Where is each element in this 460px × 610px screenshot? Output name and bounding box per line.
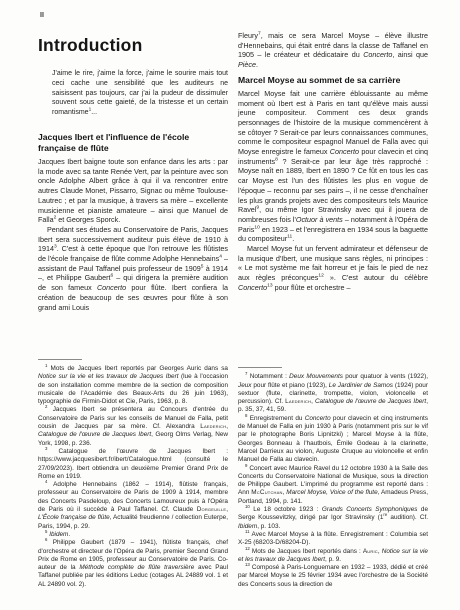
paragraph: Jacques Ibert baigne toute son enfance d… [38, 157, 228, 225]
footnote-number: 6 [45, 537, 47, 542]
footnote: 1 Mots de Jacques Ibert reportés par Geo… [38, 365, 228, 406]
footnote-number: 13 [245, 562, 250, 567]
footnote: 13 Composé à Paris-Longuemare en 1932 – … [238, 564, 428, 589]
lead-paragraph: Fleury7, mais ce sera Marcel Moyse – élè… [238, 31, 428, 70]
footnote: 6 Philippe Gaubert (1879 – 1941), flûtis… [38, 539, 228, 589]
left-footnote-list: 1 Mots de Jacques Ibert reportés par Geo… [38, 365, 228, 589]
epigraph-quote: J'aime le rire, j'aime la force, j'aime … [52, 69, 228, 118]
footnote-number: 1 [45, 363, 47, 368]
footnote: 12 Mots de Jacques Ibert reportés dans :… [238, 548, 428, 565]
paragraph: Marcel Moyse fut un fervent admirateur e… [238, 244, 428, 293]
footnote-number: 3 [45, 446, 47, 451]
footnote-number: 12 [245, 545, 250, 550]
two-column-layout: Introduction J'aime le rire, j'aime la f… [38, 31, 428, 589]
paragraph: Pendant ses études au Conservatoire de P… [38, 225, 228, 312]
footnote-number: 8 [245, 413, 247, 418]
page-title: Introduction [38, 35, 228, 56]
section-heading-ibert: Jacques Ibert et l'influence de l'école … [38, 132, 228, 154]
left-column: Introduction J'aime le rire, j'aime la f… [38, 31, 228, 589]
right-footnotes: 7 Notamment : Deux Mouvements pour quatu… [238, 367, 428, 589]
footnote: 3 Catalogue de l'œuvre de Jacques Ibert … [38, 448, 228, 481]
footnote: 10 Le 18 octobre 1923 : Grands Concerts … [238, 506, 428, 531]
left-body: Jacques Ibert baigne toute son enfance d… [38, 157, 228, 312]
footnote-number: 11 [245, 529, 250, 534]
footnote: 4 Adolphe Hennebains (1862 – 1914), flût… [38, 481, 228, 531]
footnote: 9 Concert avec Maurice Ravel du 12 octob… [238, 465, 428, 506]
footnote-number: 10 [245, 504, 250, 509]
footnote-rule [38, 359, 82, 360]
right-body: Marcel Moyse fait une carrière éblouissa… [238, 89, 428, 293]
footnote: 2 Jacques Ibert se présentera au Concour… [38, 406, 228, 447]
footnote-rule [238, 367, 282, 368]
document-page: II Introduction J'aime le rire, j'aime l… [0, 0, 460, 610]
paragraph: Marcel Moyse fait une carrière éblouissa… [238, 89, 428, 244]
section-heading-moyse: Marcel Moyse au sommet de sa carrière [238, 75, 428, 86]
footnote-number: 7 [245, 371, 247, 376]
footnote: 5 Ibidem. [38, 531, 228, 539]
footnote: 8 Enregistrement du Concerto pour clavec… [238, 415, 428, 465]
page-number: II [40, 12, 428, 19]
footnote: 11 Avec Marcel Moyse à la flûte. Enregis… [238, 531, 428, 548]
footnote-number: 5 [45, 529, 47, 534]
footnote-number: 2 [45, 404, 47, 409]
left-footnotes: 1 Mots de Jacques Ibert reportés par Geo… [38, 359, 228, 589]
footnote-number: 4 [45, 479, 47, 484]
right-footnote-list: 7 Notamment : Deux Mouvements pour quatu… [238, 373, 428, 589]
footnote-number: 9 [245, 462, 247, 467]
footnote: 7 Notamment : Deux Mouvements pour quatu… [238, 373, 428, 414]
right-column: Fleury7, mais ce sera Marcel Moyse – élè… [238, 31, 428, 589]
